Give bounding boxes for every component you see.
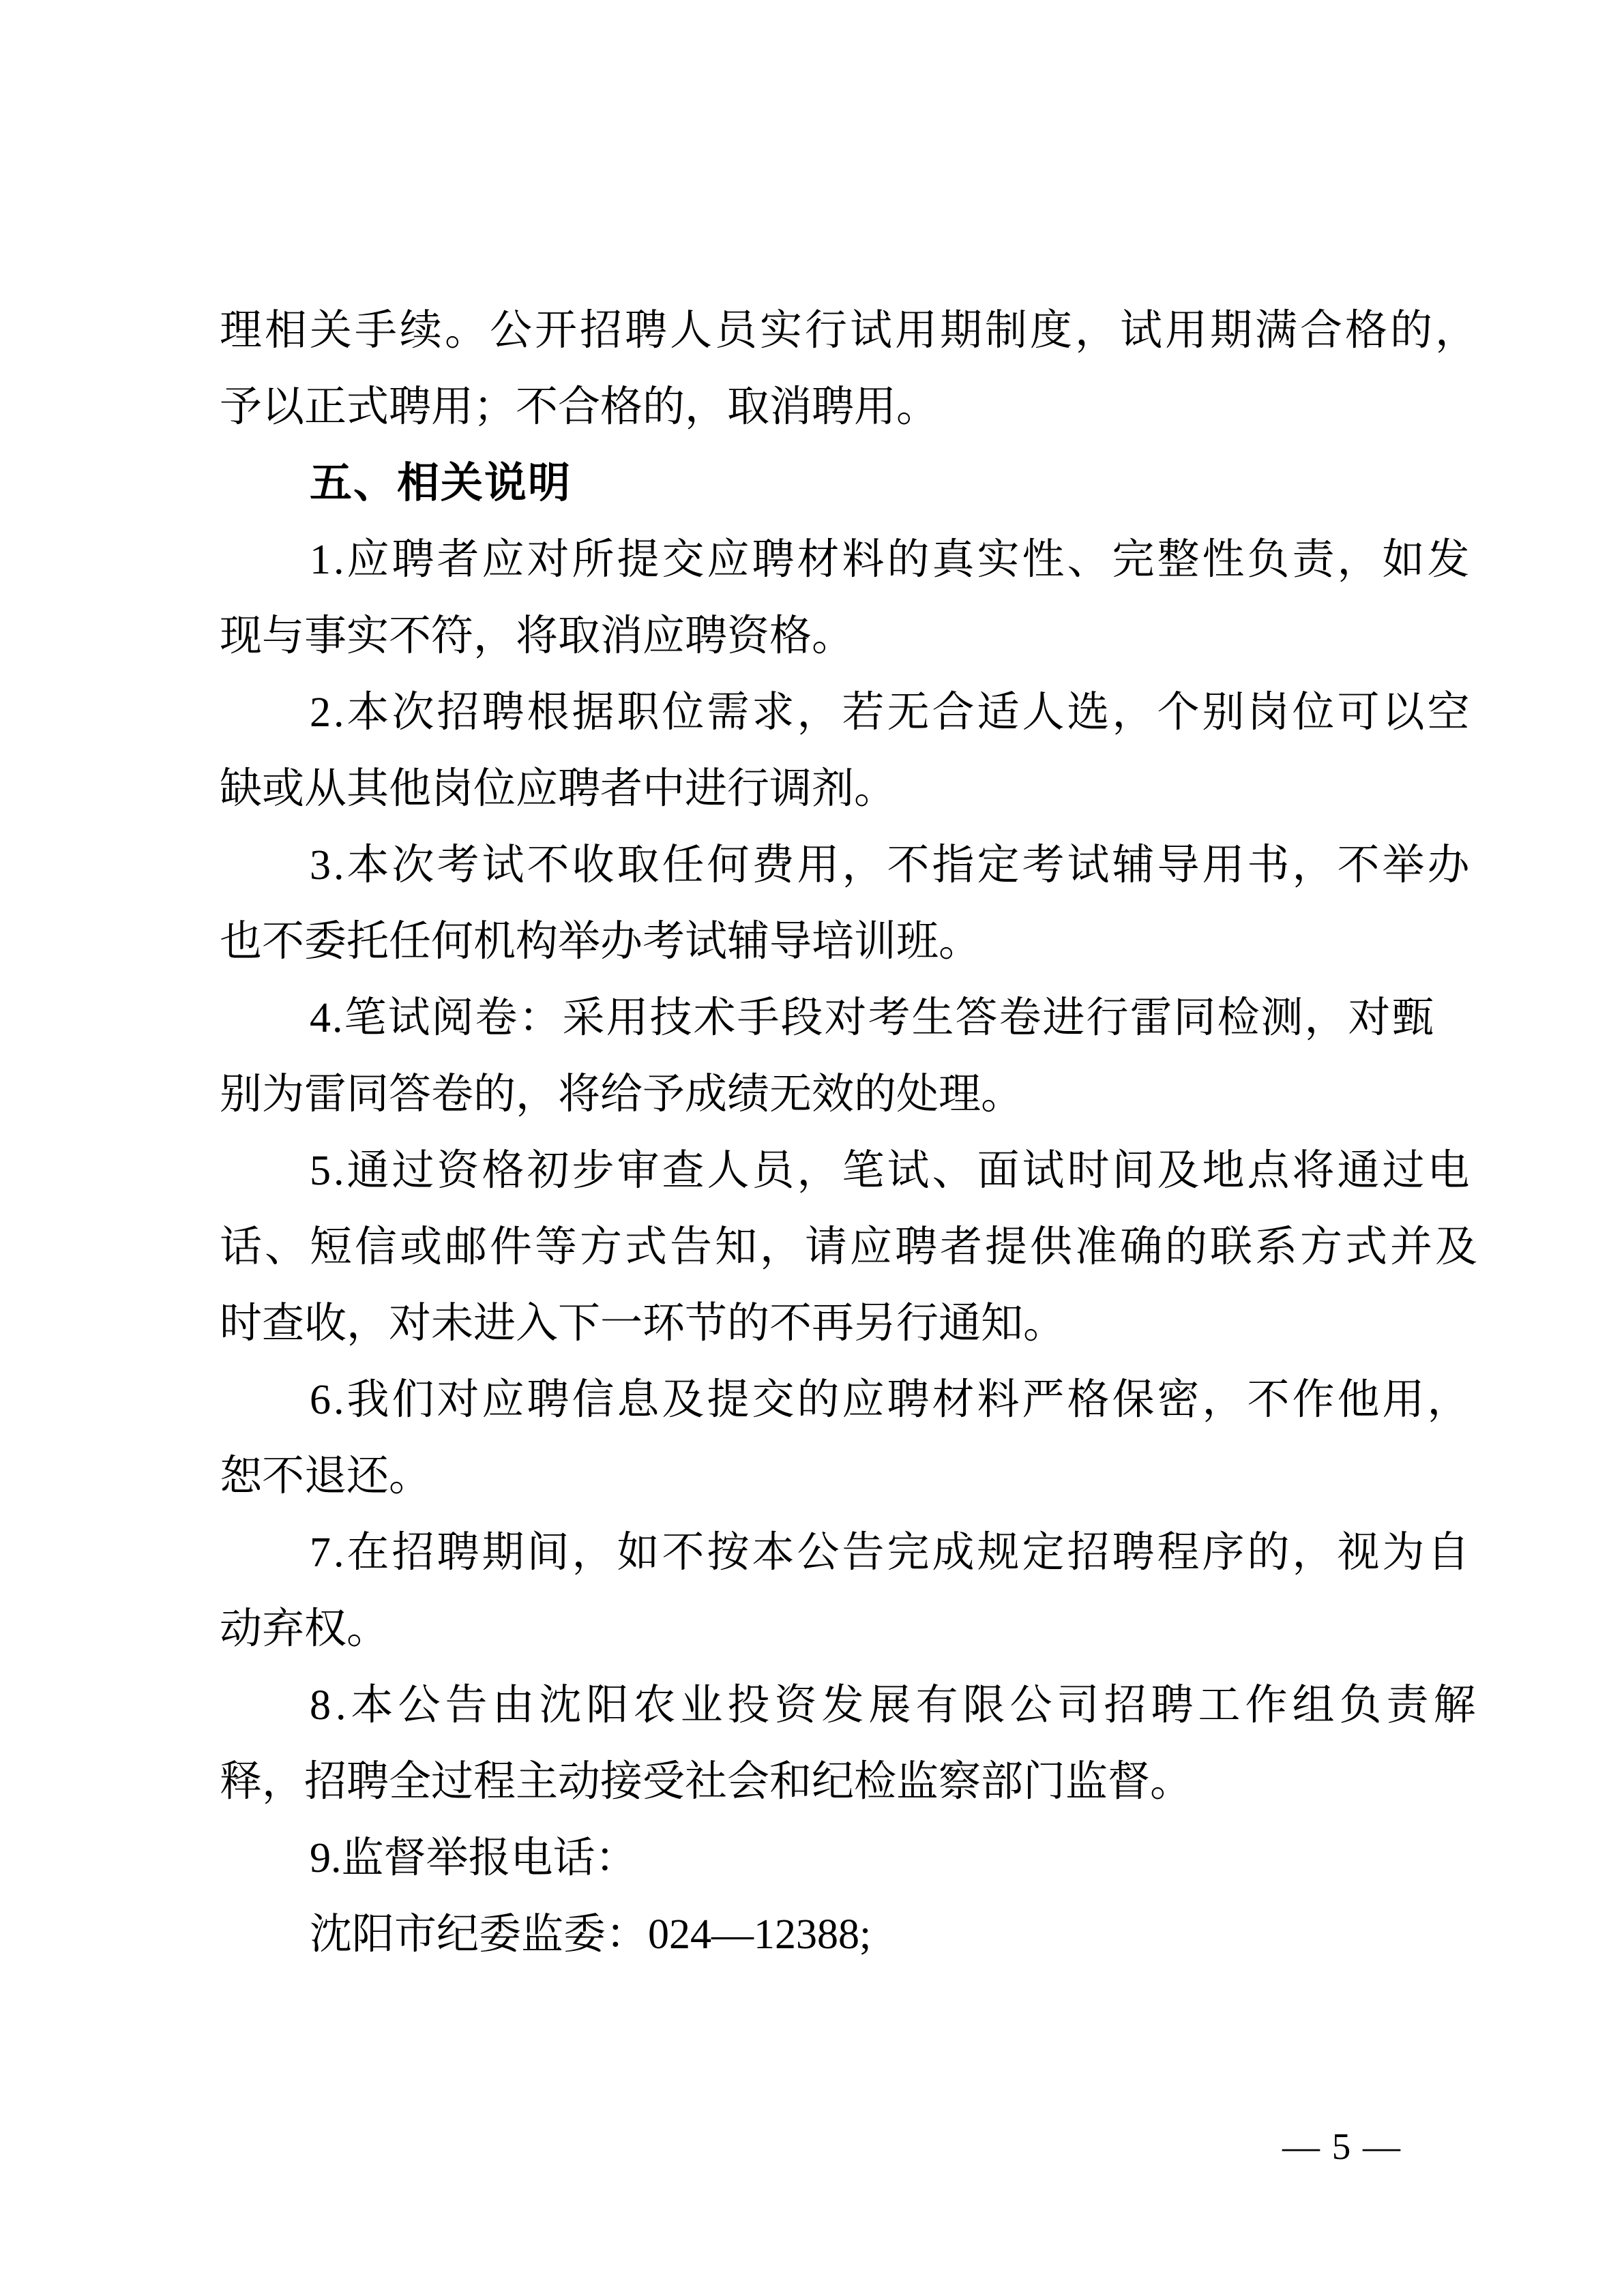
section-heading: 五、相关说明 (220, 445, 1480, 522)
text-line: 沈阳市纪委监委：024—12388; (220, 1896, 1480, 1973)
text-line: 2.本次招聘根据职位需求，若无合适人选，个别岗位可以空 (220, 674, 1480, 751)
text-line: 5.通过资格初步审查人员，笔试、面试时间及地点将通过电 (220, 1133, 1480, 1209)
text-line: 4.笔试阅卷：采用技术手段对考生答卷进行雷同检测，对甄 (220, 980, 1480, 1056)
text-line: 9.监督举报电话： (220, 1820, 1480, 1896)
text-line: 缺或从其他岗位应聘者中进行调剂。 (220, 751, 1480, 827)
document-body: 理相关手续。公开招聘人员实行试用期制度，试用期满合格的， 予以正式聘用；不合格的… (220, 293, 1480, 1973)
text-line: 别为雷同答卷的，将给予成绩无效的处理。 (220, 1056, 1480, 1133)
document-page: { "document": { "lines": [ "理相关手续。公开招聘人员… (0, 0, 1624, 2296)
text-line: 8.本公告由沈阳农业投资发展有限公司招聘工作组负责解 (220, 1667, 1480, 1744)
text-line: 也不委托任何机构举办考试辅导培训班。 (220, 904, 1480, 980)
text-line: 现与事实不符，将取消应聘资格。 (220, 598, 1480, 674)
text-line: 6.我们对应聘信息及提交的应聘材料严格保密，不作他用， (220, 1362, 1480, 1438)
text-line: 予以正式聘用；不合格的，取消聘用。 (220, 369, 1480, 445)
text-line: 动弃权。 (220, 1591, 1480, 1667)
text-line: 7.在招聘期间，如不按本公告完成规定招聘程序的，视为自 (220, 1515, 1480, 1591)
text-line: 理相关手续。公开招聘人员实行试用期制度，试用期满合格的， (220, 293, 1480, 369)
text-line: 恕不退还。 (220, 1438, 1480, 1515)
page-number: — 5 — (1282, 2126, 1402, 2167)
text-line: 话、短信或邮件等方式告知，请应聘者提供准确的联系方式并及 (220, 1209, 1480, 1285)
text-line: 时查收，对未进入下一环节的不再另行通知。 (220, 1285, 1480, 1362)
text-line: 1.应聘者应对所提交应聘材料的真实性、完整性负责，如发 (220, 522, 1480, 598)
text-line: 释，招聘全过程主动接受社会和纪检监察部门监督。 (220, 1744, 1480, 1820)
text-line: 3.本次考试不收取任何费用，不指定考试辅导用书，不举办 (220, 827, 1480, 904)
